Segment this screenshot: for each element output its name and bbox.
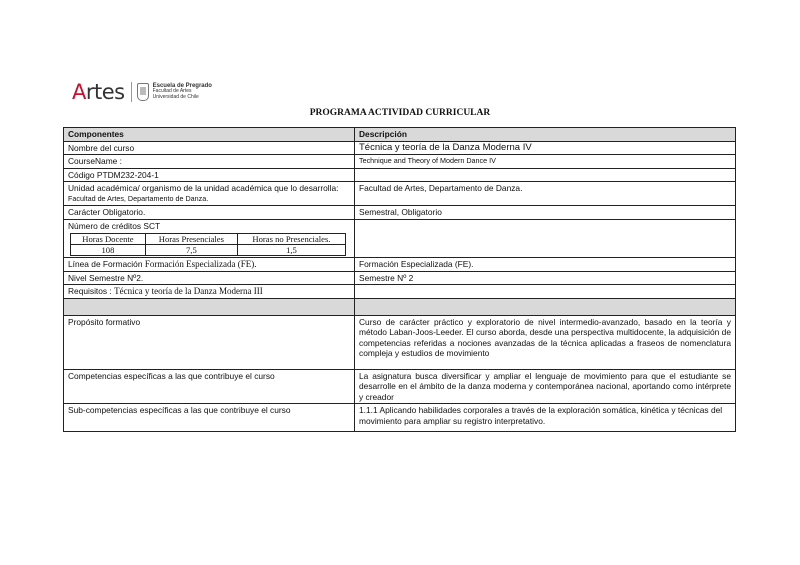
spacer-row <box>64 298 736 315</box>
row-value-nivel: Semestre Nº 2 <box>355 271 736 285</box>
table-row: Unidad académica/ organismo de la unidad… <box>64 182 736 206</box>
table-header-row: Componentes Descripción <box>64 128 736 142</box>
row-value-nombre: Técnica y teoría de la Danza Moderna IV <box>355 141 736 155</box>
university-crest-icon <box>137 83 149 101</box>
table-row: Nombre del curso Técnica y teoría de la … <box>64 141 736 155</box>
logo-divider <box>131 82 132 102</box>
table-row: Propósito formativo Curso de carácter pr… <box>64 315 736 369</box>
row-label-nombre: Nombre del curso <box>64 141 355 155</box>
row-label-coursename: CourseName : <box>64 155 355 169</box>
table-row: Competencias específicas a las que contr… <box>64 369 736 404</box>
logo-wordmark: Artes <box>72 80 125 104</box>
row-label-subcompetencias: Sub-competencias específicas a las que c… <box>64 404 355 432</box>
table-row: Nivel Semestre Nº2. Semestre Nº 2 <box>64 271 736 285</box>
table-row: Código PTDM232-204-1 <box>64 168 736 182</box>
logo-caption: Escuela de Pregrado Facultad de Artes Un… <box>153 84 212 101</box>
creditos-label: Número de créditos SCT <box>68 221 350 232</box>
row-label-unidad: Unidad académica/ organismo de la unidad… <box>64 182 355 206</box>
row-value-caracter: Semestral, Obligatorio <box>355 206 736 220</box>
row-label-proposito: Propósito formativo <box>64 315 355 369</box>
row-label-linea: Línea de Formación Formación Especializa… <box>64 258 355 272</box>
table-row: Sub-competencias específicas a las que c… <box>64 404 736 432</box>
table-row: Número de créditos SCT Horas Docente Hor… <box>64 219 736 258</box>
sct-value-presenciales: 7,5 <box>145 245 237 256</box>
unidad-sublabel: Facultad de Artes, Departamento de Danza… <box>68 194 350 205</box>
sct-value-no-presenciales: 1,5 <box>237 245 345 256</box>
row-value-unidad: Facultad de Artes, Departamento de Danza… <box>355 182 736 206</box>
row-label-caracter: Carácter Obligatorio. <box>64 206 355 220</box>
row-value-proposito: Curso de carácter práctico y exploratori… <box>355 315 736 369</box>
header-descripcion: Descripción <box>355 128 736 142</box>
row-value-codigo <box>355 168 736 182</box>
sct-hours-table: Horas Docente Horas Presenciales Horas n… <box>70 233 346 256</box>
row-value-requisitos <box>355 285 736 299</box>
sct-value-docente: 108 <box>71 245 146 256</box>
row-label-nivel: Nivel Semestre Nº2. <box>64 271 355 285</box>
header-componentes: Componentes <box>64 128 355 142</box>
table-row: Requisitos : Técnica y teoría de la Danz… <box>64 285 736 299</box>
sct-header-no-presenciales: Horas no Presenciales. <box>237 234 345 245</box>
row-value-coursename: Technique and Theory of Modern Dance IV <box>355 155 736 169</box>
row-value-subcompetencias: 1.1.1 Aplicando habilidades corporales a… <box>355 404 736 432</box>
table-row: Línea de Formación Formación Especializa… <box>64 258 736 272</box>
row-label-codigo: Código PTDM232-204-1 <box>64 168 355 182</box>
curricular-table: Componentes Descripción Nombre del curso… <box>63 127 736 432</box>
artes-logo: Artes Escuela de Pregrado Facultad de Ar… <box>72 80 212 104</box>
row-value-creditos <box>355 219 736 258</box>
row-label-requisitos: Requisitos : Técnica y teoría de la Danz… <box>64 285 355 299</box>
row-value-linea: Formación Especializada (FE). <box>355 258 736 272</box>
row-value-competencias: La asignatura busca diversificar y ampli… <box>355 369 736 404</box>
table-row: CourseName : Technique and Theory of Mod… <box>64 155 736 169</box>
document-title: PROGRAMA ACTIVIDAD CURRICULAR <box>0 108 800 118</box>
unidad-label: Unidad académica/ organismo de la unidad… <box>68 183 350 194</box>
table-row: Carácter Obligatorio. Semestral, Obligat… <box>64 206 736 220</box>
row-label-creditos: Número de créditos SCT Horas Docente Hor… <box>64 219 355 258</box>
sct-header-docente: Horas Docente <box>71 234 146 245</box>
sct-header-presenciales: Horas Presenciales <box>145 234 237 245</box>
row-label-competencias: Competencias específicas a las que contr… <box>64 369 355 404</box>
